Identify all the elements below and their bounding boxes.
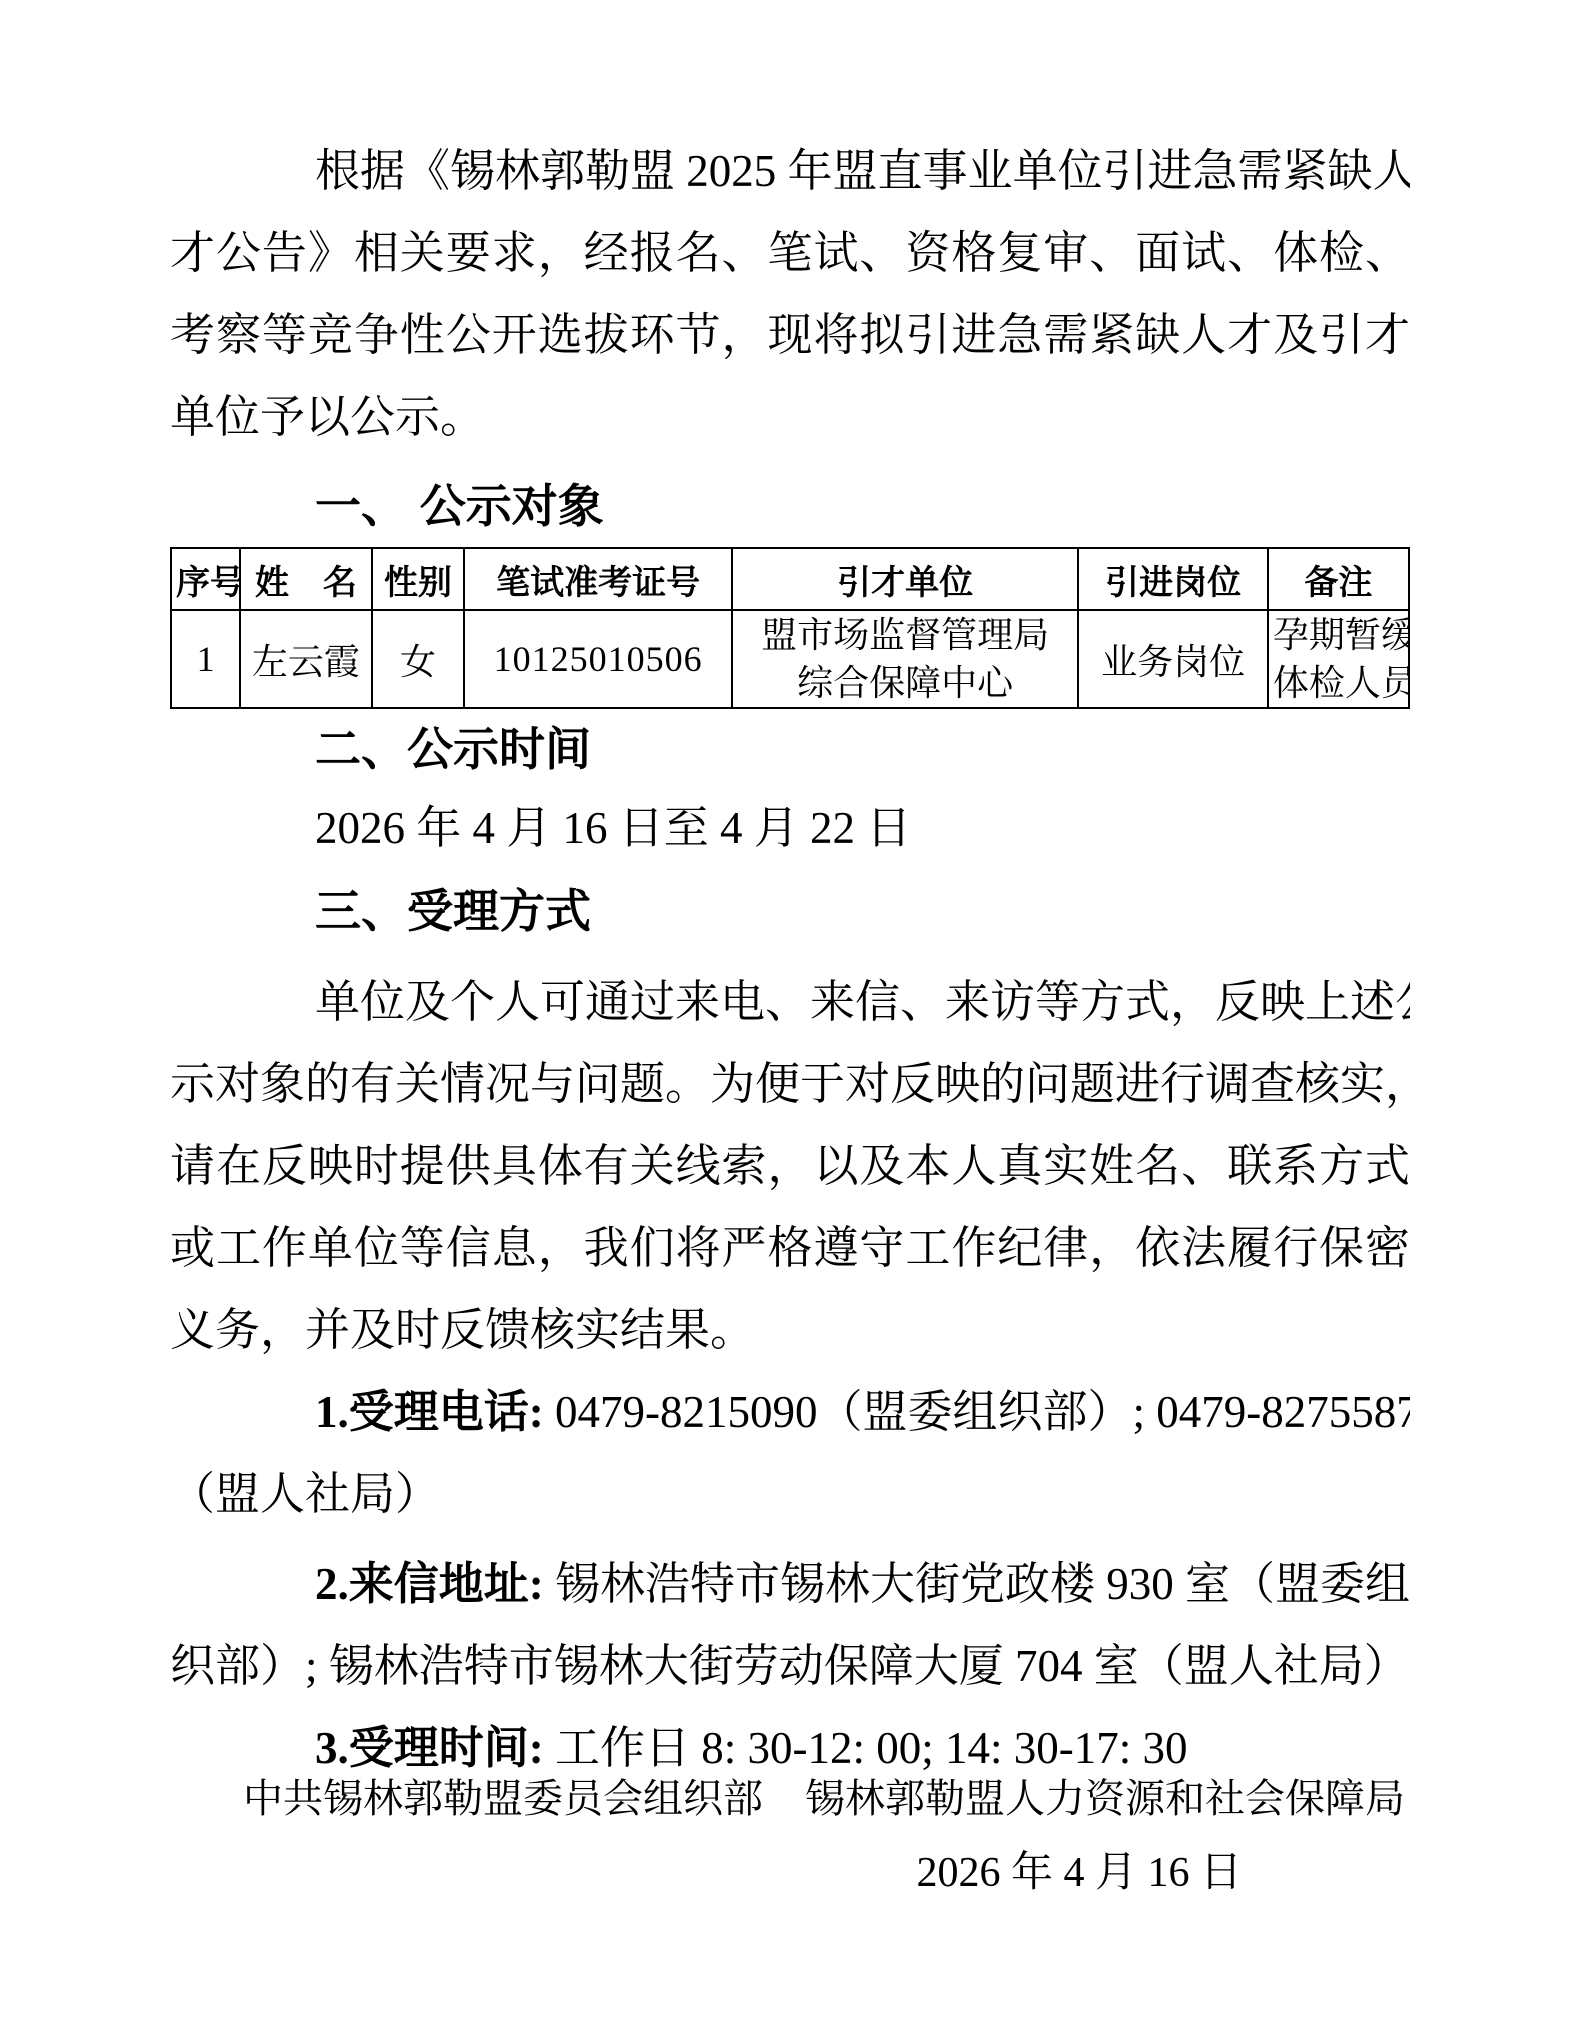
intro-paragraph: 根据《锡林郭勒盟 2025 年盟直事业单位引进急需紧缺人 才公告》相关要求，经报… (170, 130, 1410, 458)
cell-note: 孕期暂缓 体检人员 (1268, 610, 1409, 708)
cell-post: 业务岗位 (1078, 610, 1267, 708)
contact-phone-paragraph: 1.受理电话: 0479-8215090（盟委组织部）; 0479-827558… (170, 1371, 1410, 1535)
cell-ticket: 10125010506 (464, 610, 731, 708)
paragraph-line: 请在反映时提供具体有关线索，以及本人真实姓名、联系方式 (170, 1125, 1410, 1207)
paragraph-line: 义务，并及时反馈核实结果。 (170, 1289, 1410, 1371)
paragraph-line: 或工作单位等信息，我们将严格遵守工作纪律，依法履行保密 (170, 1207, 1410, 1289)
signature-org-2: 锡林郭勒盟人力资源和社会保障局 (805, 1775, 1405, 1823)
phone-numbers: 0479-8215090（盟委组织部）; 0479-8275587 (544, 1387, 1410, 1437)
cell-unit-line: 盟市场监督管理局 (737, 611, 1074, 659)
paragraph-line: 2.来信地址: 锡林浩特市锡林大街党政楼 930 室（盟委组 (170, 1543, 1410, 1625)
column-header-unit: 引才单位 (732, 548, 1079, 610)
address-text: 锡林浩特市锡林大街党政楼 930 室（盟委组 (544, 1559, 1410, 1609)
column-header-note: 备注 (1268, 548, 1409, 610)
table-row: 1 左云霞 女 10125010506 盟市场监督管理局 综合保障中心 业务岗位… (171, 610, 1409, 708)
document-content: 根据《锡林郭勒盟 2025 年盟直事业单位引进急需紧缺人 才公告》相关要求，经报… (0, 130, 1587, 1903)
publicity-period-dates: 2026 年 4 月 16 日至 4 月 22 日 (170, 787, 1410, 869)
column-header-seq: 序号 (171, 548, 240, 610)
cell-unit-line: 综合保障中心 (737, 659, 1074, 707)
paragraph-line: （盟人社局） (170, 1453, 1410, 1535)
column-header-gender: 性别 (372, 548, 465, 610)
cell-note-line: 体检人员 (1273, 659, 1404, 707)
paragraph-line: 才公告》相关要求，经报名、笔试、资格复审、面试、体检、 (170, 212, 1410, 294)
paragraph-line: 根据《锡林郭勒盟 2025 年盟直事业单位引进急需紧缺人 (170, 130, 1410, 212)
hours-label: 3.受理时间: (315, 1723, 544, 1773)
paragraph-line: 单位予以公示。 (170, 376, 1410, 458)
address-label: 2.来信地址: (315, 1559, 544, 1609)
paragraph-line: 示对象的有关情况与问题。为便于对反映的问题进行调查核实， (170, 1043, 1410, 1125)
section-heading-publicity-targets: 一、 公示对象 (170, 476, 1410, 536)
phone-label: 1.受理电话: (315, 1387, 544, 1437)
signature-date: 2026 年 4 月 16 日 (170, 1843, 1410, 1903)
paragraph-line: 织部）; 锡林浩特市锡林大街劳动保障大厦 704 室（盟人社局） (170, 1625, 1410, 1707)
document-page: 根据《锡林郭勒盟 2025 年盟直事业单位引进急需紧缺人 才公告》相关要求，经报… (0, 0, 1587, 2039)
cell-gender: 女 (372, 610, 465, 708)
paragraph-line: 单位及个人可通过来电、来信、来访等方式，反映上述公 (170, 961, 1410, 1043)
column-header-name: 姓 名 (240, 548, 371, 610)
paragraph-line: 1.受理电话: 0479-8215090（盟委组织部）; 0479-827558… (170, 1371, 1410, 1453)
cell-seq: 1 (171, 610, 240, 708)
cell-unit: 盟市场监督管理局 综合保障中心 (732, 610, 1079, 708)
cell-note-line: 孕期暂缓 (1273, 611, 1404, 659)
hours-text: 工作日 8: 30-12: 00; 14: 30-17: 30 (544, 1723, 1188, 1773)
column-header-post: 引进岗位 (1078, 548, 1267, 610)
acceptance-paragraph: 单位及个人可通过来电、来信、来访等方式，反映上述公 示对象的有关情况与问题。为便… (170, 961, 1410, 1371)
paragraph-line: 考察等竞争性公开选拔环节，现将拟引进急需紧缺人才及引才 (170, 294, 1410, 376)
table-header-row: 序号 姓 名 性别 笔试准考证号 引才单位 引进岗位 备注 (171, 548, 1409, 610)
section-heading-acceptance-method: 三、受理方式 (170, 881, 1410, 941)
column-header-ticket: 笔试准考证号 (464, 548, 731, 610)
cell-name: 左云霞 (240, 610, 371, 708)
contact-address-paragraph: 2.来信地址: 锡林浩特市锡林大街党政楼 930 室（盟委组 织部）; 锡林浩特… (170, 1543, 1410, 1707)
candidates-table: 序号 姓 名 性别 笔试准考证号 引才单位 引进岗位 备注 1 左云霞 女 10… (170, 547, 1410, 709)
section-heading-publicity-period: 二、公示时间 (170, 719, 1410, 779)
signature-org-1: 中共锡林郭勒盟委员会组织部 (243, 1775, 763, 1823)
